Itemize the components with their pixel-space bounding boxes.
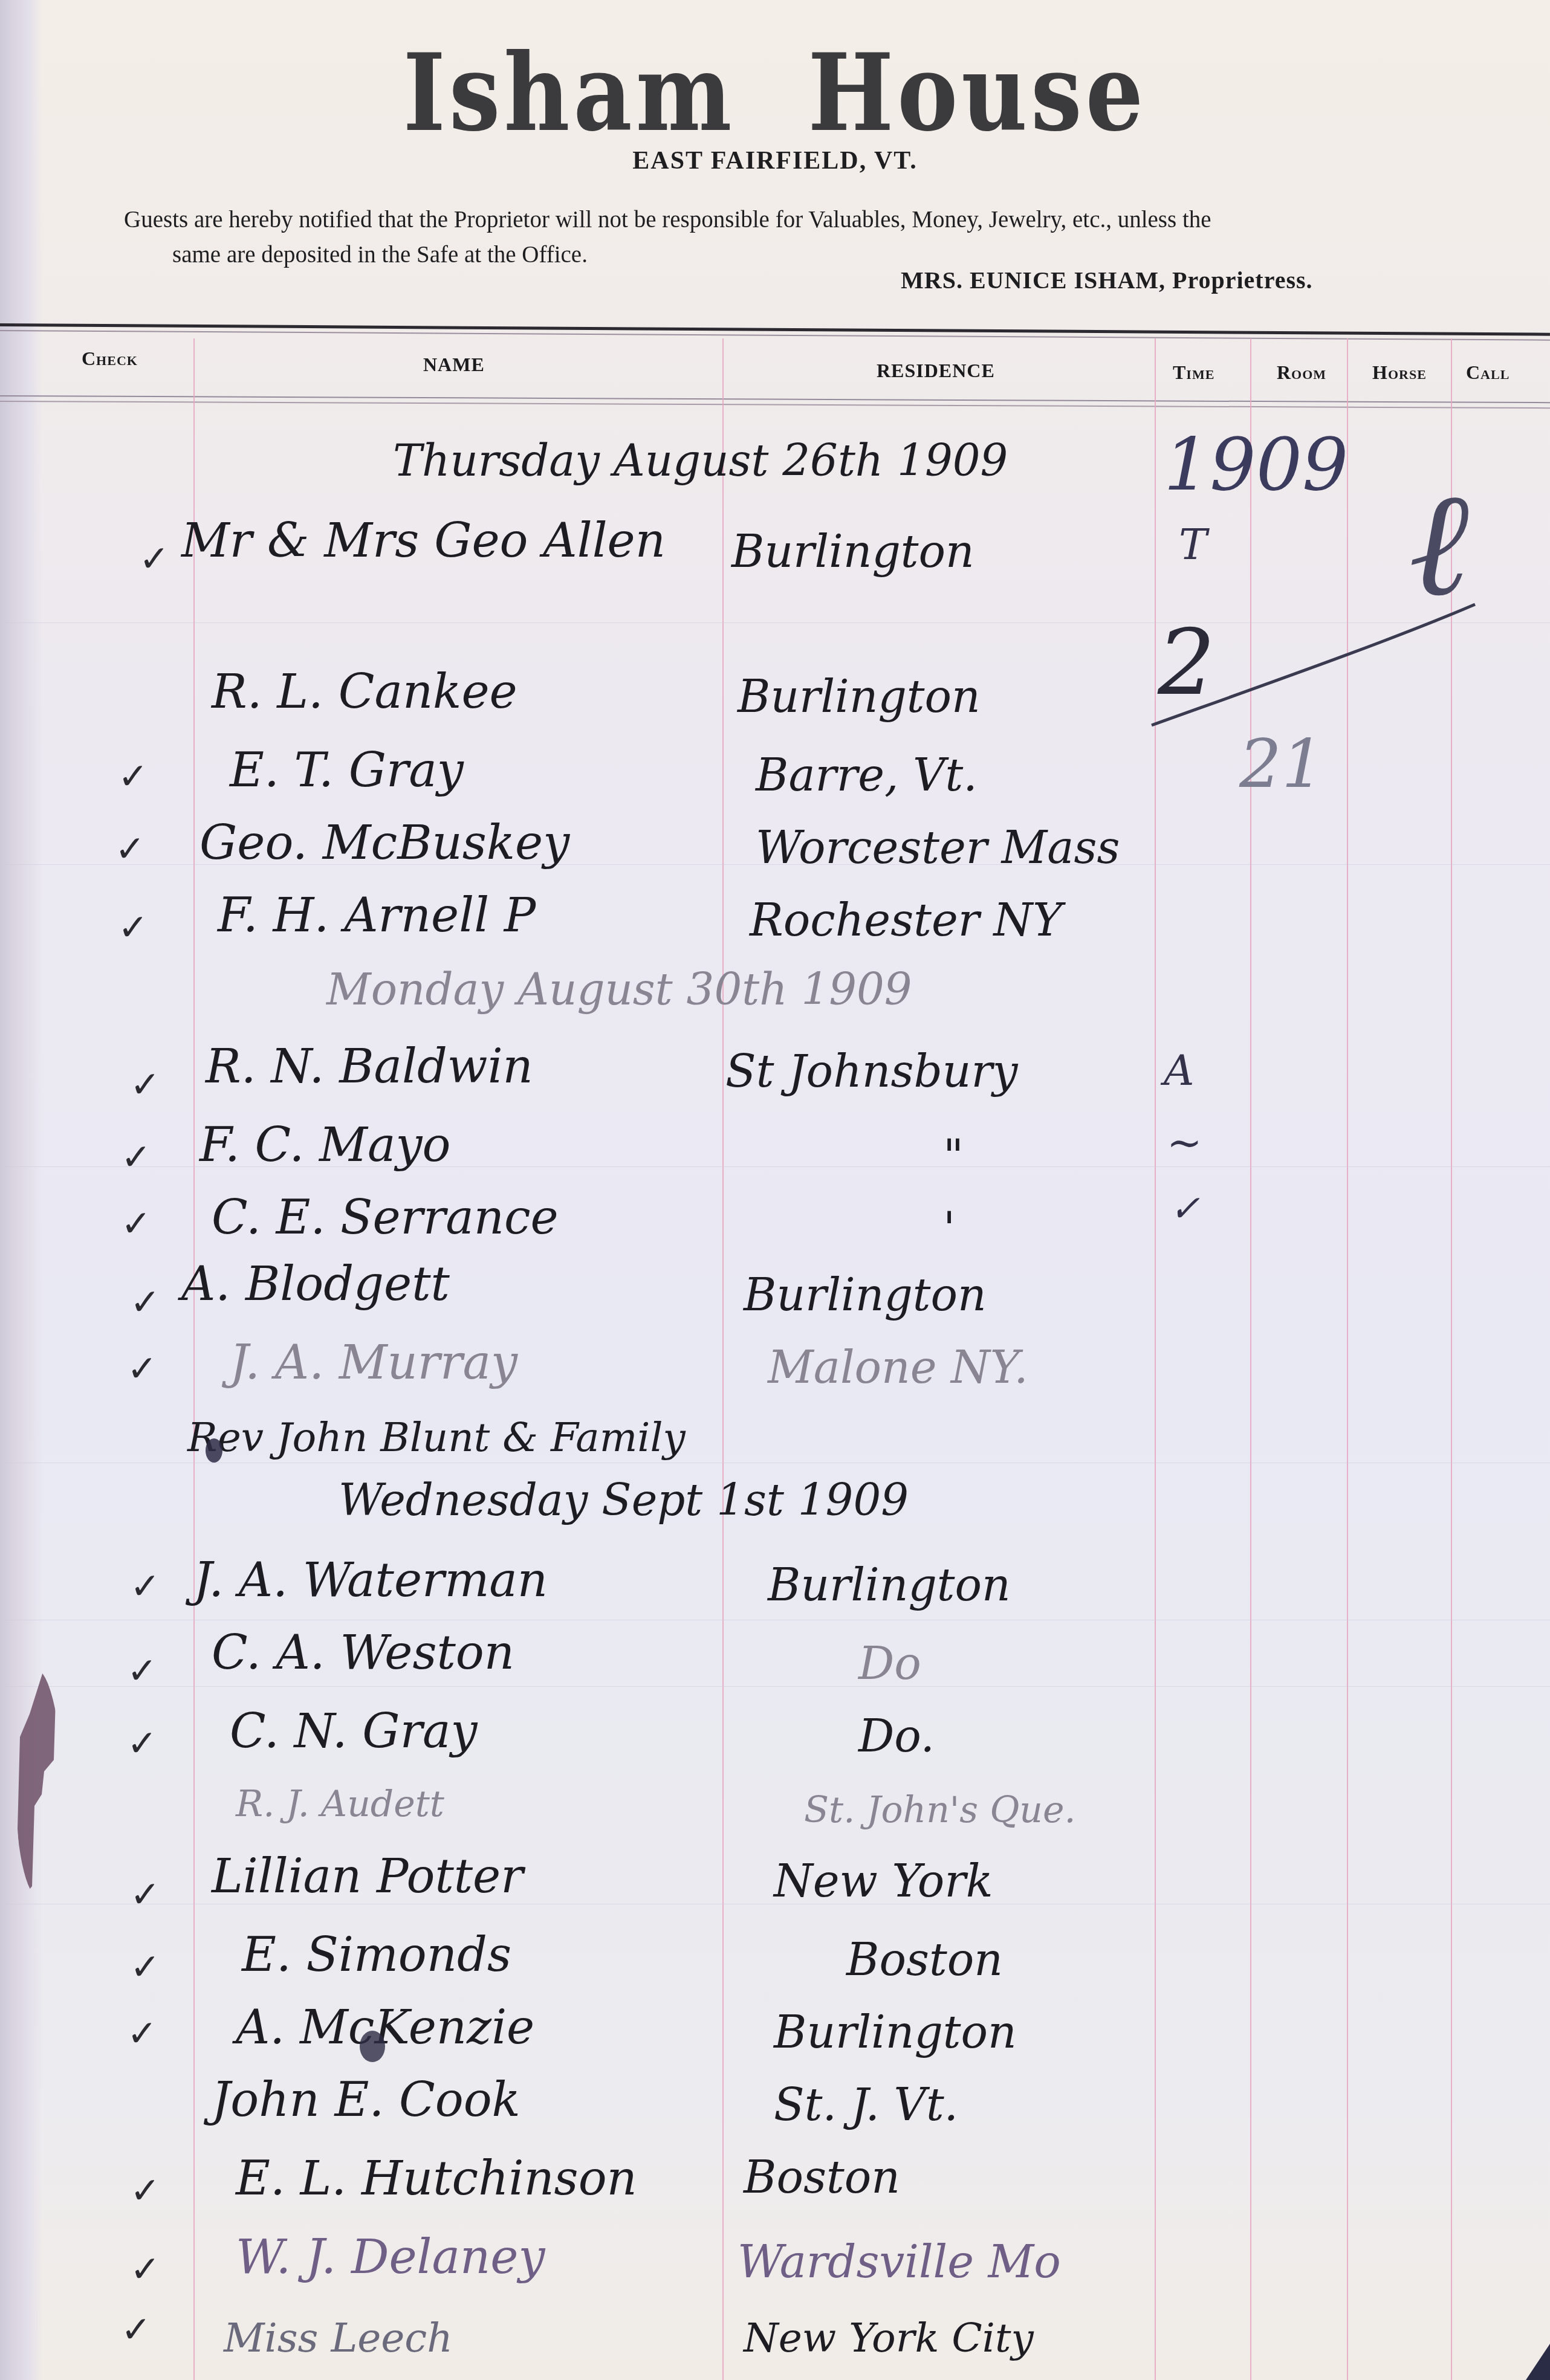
guest-residence: ' — [943, 1203, 955, 1255]
check-mark: ✓ — [130, 1946, 160, 1988]
check-mark: ✓ — [130, 2170, 160, 2212]
check-mark: ✓ — [118, 907, 148, 949]
proprietress-line: MRS. EUNICE ISHAM, Proprietress. — [901, 266, 1313, 294]
hotel-title: IshamHouse — [0, 30, 1550, 156]
title-word-2: House — [808, 30, 1147, 156]
guest-name: C. E. Serrance — [212, 1191, 559, 1245]
guest-residence: Wardsville Mo — [738, 2236, 1061, 2288]
guest-residence: Do — [858, 1638, 921, 1690]
ledger-line — [0, 1463, 1550, 1463]
check-mark: ✓ — [127, 1348, 157, 1390]
notice-line-1: Guests are hereby notified that the Prop… — [124, 207, 1211, 233]
column-header-residence: RESIDENCE — [877, 360, 995, 382]
check-mark: ✓ — [139, 538, 169, 580]
guest-name: A. McKenzie — [236, 2000, 534, 2055]
guest-name: A. Blodgett — [181, 1257, 450, 1311]
column-header-call: Call — [1466, 361, 1509, 384]
liability-notice: Guests are hereby notified that the Prop… — [124, 202, 1454, 273]
strike-line — [1149, 592, 1487, 737]
check-mark: ✓ — [127, 1650, 157, 1692]
column-header-room: Room — [1277, 361, 1326, 384]
column-header-check: Check — [82, 348, 138, 370]
year-note: 1909 — [1164, 423, 1348, 507]
book-binding-edge — [0, 0, 42, 2380]
header-rule-thick — [0, 323, 1550, 336]
guest-residence: St Johnsbury — [725, 1046, 1018, 1098]
guest-residence: New York — [774, 1855, 993, 1907]
guest-residence: Burlington — [738, 671, 981, 723]
page-corner — [1526, 2344, 1550, 2380]
column-divider — [193, 338, 195, 2380]
register-page: IshamHouse EAST FAIRFIELD, VT. Guests ar… — [0, 0, 1550, 2380]
guest-residence: St. J. Vt. — [774, 2079, 958, 2131]
guest-residence: New York City — [744, 2315, 1034, 2361]
guest-name: J. A. Murray — [230, 1336, 517, 1390]
guest-name: Miss Leech — [224, 2315, 453, 2361]
guest-name: Geo. McBuskey — [199, 816, 569, 870]
date-header-aug-26: Thursday August 26th 1909 — [393, 435, 1008, 486]
check-mark: ✓ — [127, 2013, 157, 2055]
guest-residence: Boston — [744, 2152, 900, 2204]
ink-smudge — [206, 1438, 222, 1463]
guest-name: E. L. Hutchinson — [236, 2152, 637, 2206]
guest-residence: Burlington — [774, 2007, 1017, 2058]
check-mark: ✓ — [130, 1874, 160, 1916]
check-mark: ✓ — [121, 2309, 151, 2351]
guest-residence: " — [943, 1130, 964, 1182]
check-mark: ✓ — [127, 1722, 157, 1765]
guest-residence: Burlington — [731, 526, 974, 578]
check-mark: ✓ — [130, 2248, 160, 2291]
guest-residence: Worcester Mass — [756, 822, 1120, 874]
guest-residence: Rochester NY — [750, 894, 1062, 946]
time-mark: T — [1179, 520, 1207, 569]
time-mark: A — [1164, 1046, 1195, 1095]
guest-name: F. H. Arnell P — [218, 888, 536, 943]
guest-residence: Burlington — [768, 1559, 1011, 1611]
date-header-aug-30: Monday August 30th 1909 — [326, 964, 912, 1015]
ink-smudge — [360, 2031, 385, 2062]
guest-name: F. C. Mayo — [199, 1118, 450, 1172]
hotel-location: EAST FAIRFIELD, VT. — [0, 146, 1550, 175]
guest-name: R. J. Audett — [236, 1783, 444, 1825]
time-mark: ~ — [1167, 1118, 1202, 1168]
guest-name: Rev John Blunt & Family — [187, 1414, 686, 1461]
guest-residence: St. John's Que. — [804, 1789, 1076, 1831]
date-header-sept-1: Wednesday Sept 1st 1909 — [339, 1475, 909, 1525]
column-divider — [722, 338, 724, 2380]
guest-name: R. N. Baldwin — [206, 1040, 533, 1094]
guest-name: C. N. Gray — [230, 1704, 478, 1759]
guest-name: W. J. Delaney — [236, 2230, 545, 2285]
column-header-horse: Horse — [1372, 361, 1427, 384]
guest-residence: Do. — [858, 1710, 935, 1762]
column-header-time: Time — [1173, 361, 1214, 384]
check-mark: ✓ — [130, 1064, 160, 1106]
guest-residence: Boston — [846, 1934, 1003, 1986]
ledger-line — [0, 1620, 1550, 1620]
guest-name: E. T. Gray — [230, 743, 464, 798]
guest-name: John E. Cook — [212, 2073, 520, 2127]
check-mark: ✓ — [121, 1136, 151, 1179]
check-mark: ✓ — [121, 1203, 151, 1245]
title-word-1: Isham — [403, 30, 736, 156]
guest-name: C. A. Weston — [212, 1626, 514, 1680]
guest-residence: Burlington — [744, 1269, 987, 1321]
guest-name: Mr & Mrs Geo Allen — [181, 514, 666, 568]
check-mark: ✓ — [130, 1565, 160, 1608]
guest-name: J. A. Waterman — [193, 1553, 548, 1608]
guest-name: E. Simonds — [242, 1928, 511, 1982]
check-mark: ✓ — [118, 755, 148, 798]
column-header-name: NAME — [423, 354, 485, 376]
ledger-line — [0, 1686, 1550, 1687]
check-mark: ✓ — [130, 1281, 160, 1324]
guest-name: R. L. Cankee — [212, 665, 517, 719]
time-mark: ✓ — [1170, 1188, 1200, 1230]
guest-residence: Malone NY. — [768, 1342, 1028, 1394]
check-mark: ✓ — [115, 828, 145, 870]
guest-name: Lillian Potter — [212, 1849, 524, 1904]
guest-residence: Barre, Vt. — [756, 749, 978, 801]
